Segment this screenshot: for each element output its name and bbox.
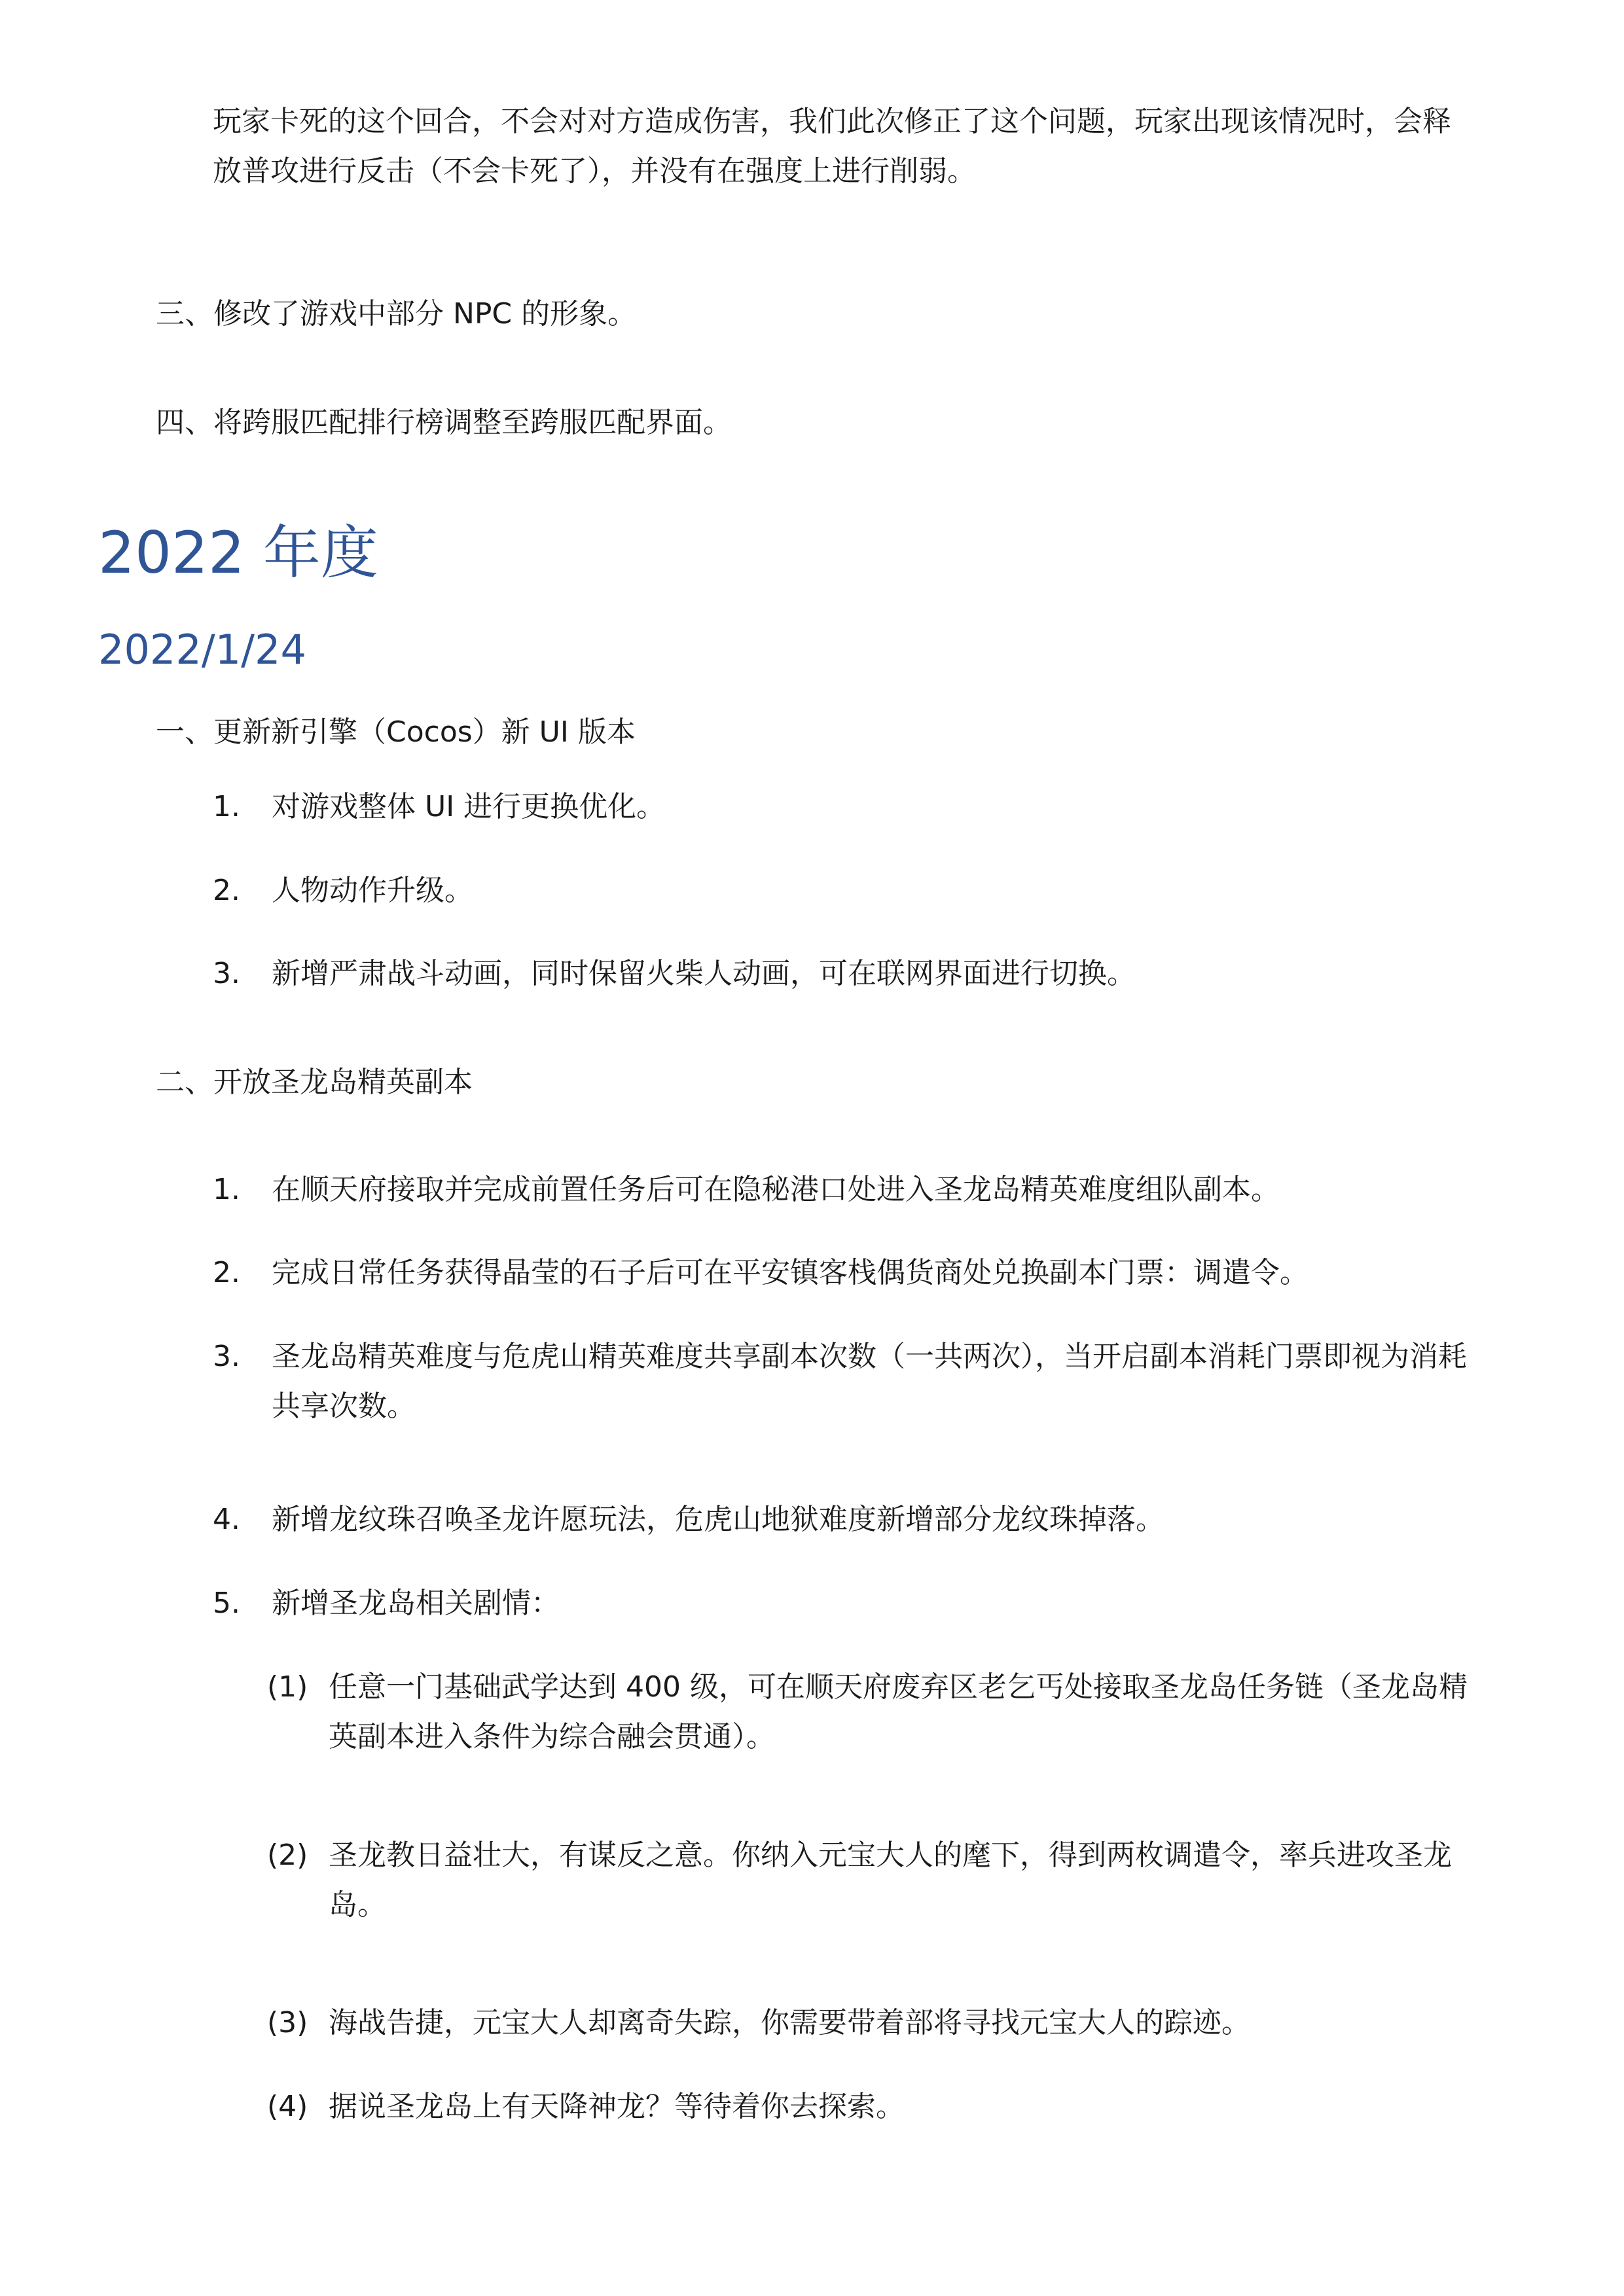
list-number: 5.	[213, 1579, 240, 1628]
sub-list-item-line-1: 任意一门基础武学达到 400 级，可在顺天府废弃区老乞丐处接取圣龙岛任务链（圣龙…	[329, 1662, 1468, 1712]
sub-list-item-line-2: 岛。	[329, 1880, 386, 1930]
prev-item-3: 三、修改了游戏中部分 NPC 的形象。	[156, 289, 636, 339]
list-number: 1.	[213, 1165, 240, 1215]
date-heading: 2022/1/24	[98, 626, 306, 673]
sub-list-item: 海战告捷，元宝大人却离奇失踪，你需要带着部将寻找元宝大人的踪迹。	[329, 1998, 1250, 2048]
list-number: 3.	[213, 1332, 240, 1382]
continuation-line-2: 放普攻进行反击（不会卡死了），并没有在强度上进行削弱。	[213, 147, 976, 196]
list-item: 对游戏整体 UI 进行更换优化。	[272, 782, 665, 832]
list-item: 在顺天府接取并完成前置任务后可在隐秘港口处进入圣龙岛精英难度组队副本。	[272, 1165, 1280, 1215]
prev-item-4: 四、将跨服匹配排行榜调整至跨服匹配界面。	[156, 398, 732, 448]
sub-list-number: (2)	[267, 1831, 308, 1880]
list-number: 3.	[213, 949, 240, 999]
continuation-line-1: 玩家卡死的这个回合，不会对对方造成伤害，我们此次修正了这个问题，玩家出现该情况时…	[213, 97, 1451, 147]
year-heading: 2022 年度	[98, 507, 378, 590]
list-number: 4.	[213, 1495, 240, 1545]
sub-list-number: (3)	[267, 1998, 308, 2048]
sub-list-item-line-2: 英副本进入条件为综合融会贯通）。	[329, 1712, 775, 1762]
list-item-line-1: 圣龙岛精英难度与危虎山精英难度共享副本次数（一共两次），当开启副本消耗门票即视为…	[272, 1332, 1467, 1382]
list-item: 新增严肃战斗动画，同时保留火柴人动画，可在联网界面进行切换。	[272, 949, 1136, 999]
section-title-2: 二、开放圣龙岛精英副本	[156, 1058, 473, 1107]
list-item: 新增圣龙岛相关剧情：	[272, 1579, 560, 1628]
sub-list-item: 据说圣龙岛上有天降神龙？等待着你去探索。	[329, 2082, 905, 2132]
list-number: 1.	[213, 782, 240, 832]
sub-list-number: (1)	[267, 1662, 308, 1712]
list-number: 2.	[213, 1248, 240, 1298]
sub-list-number: (4)	[267, 2082, 308, 2132]
section-title-1: 一、更新新引擎（Cocos）新 UI 版本	[156, 708, 636, 757]
list-item: 完成日常任务获得晶莹的石子后可在平安镇客栈偶货商处兑换副本门票：调遣令。	[272, 1248, 1308, 1298]
list-number: 2.	[213, 866, 240, 916]
list-item: 人物动作升级。	[272, 866, 473, 916]
sub-list-item-line-1: 圣龙教日益壮大，有谋反之意。你纳入元宝大人的麾下，得到两枚调遣令，率兵进攻圣龙	[329, 1831, 1452, 1880]
list-item-line-2: 共享次数。	[272, 1382, 416, 1431]
list-item: 新增龙纹珠召唤圣龙许愿玩法，危虎山地狱难度新增部分龙纹珠掉落。	[272, 1495, 1164, 1545]
